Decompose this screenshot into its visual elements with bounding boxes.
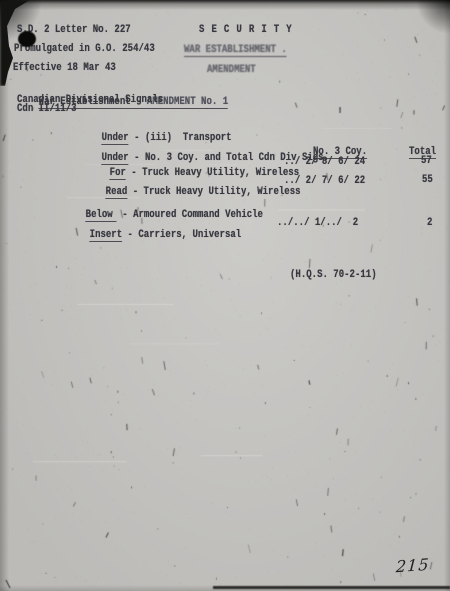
page-number-handwritten: 215 — [395, 555, 430, 576]
entry-keyword: Read — [106, 186, 128, 199]
file-reference: (H.Q.S. 70-2-11) — [290, 270, 377, 281]
scanned-document-page: S.D. 2 Letter No. 227 Promulgated in G.O… — [0, 0, 450, 591]
promulgated-line: Promulgated in G.O. 254/43 — [14, 44, 155, 55]
entry-total-read: 55 — [422, 175, 433, 186]
effective-date-line: Effective 18 Mar 43 — [13, 63, 116, 74]
unit-code-line: Cdn II/11/3 — [17, 104, 77, 115]
amendment-stamp: AMENDMENT — [207, 65, 256, 76]
entry-figures-for: ../ 2/ 8/ 6/ 24 — [284, 157, 365, 168]
entry-total-insert: 2 — [427, 218, 432, 229]
entry-figures-read: ../ 2/ 7/ 6/ 22 — [284, 176, 365, 187]
entry-figures-insert: ../../ 1/../ 2 — [277, 218, 358, 229]
entry-total-for: 57 — [421, 156, 432, 167]
war-establishment-stamp: WAR ESTABLISHMENT . — [184, 45, 287, 57]
entry-text: - Carriers, Universal — [122, 229, 241, 241]
bottom-edge-line — [213, 586, 450, 589]
hole-punch-mark — [18, 31, 36, 47]
entry-row-insert: Insert - Carriers, Universal — [68, 219, 241, 252]
entry-keyword: Insert — [90, 229, 122, 242]
security-stamp: S E C U R I T Y — [199, 25, 293, 36]
entry-text: - Truck Heavy Utility, Wireless — [127, 186, 300, 198]
